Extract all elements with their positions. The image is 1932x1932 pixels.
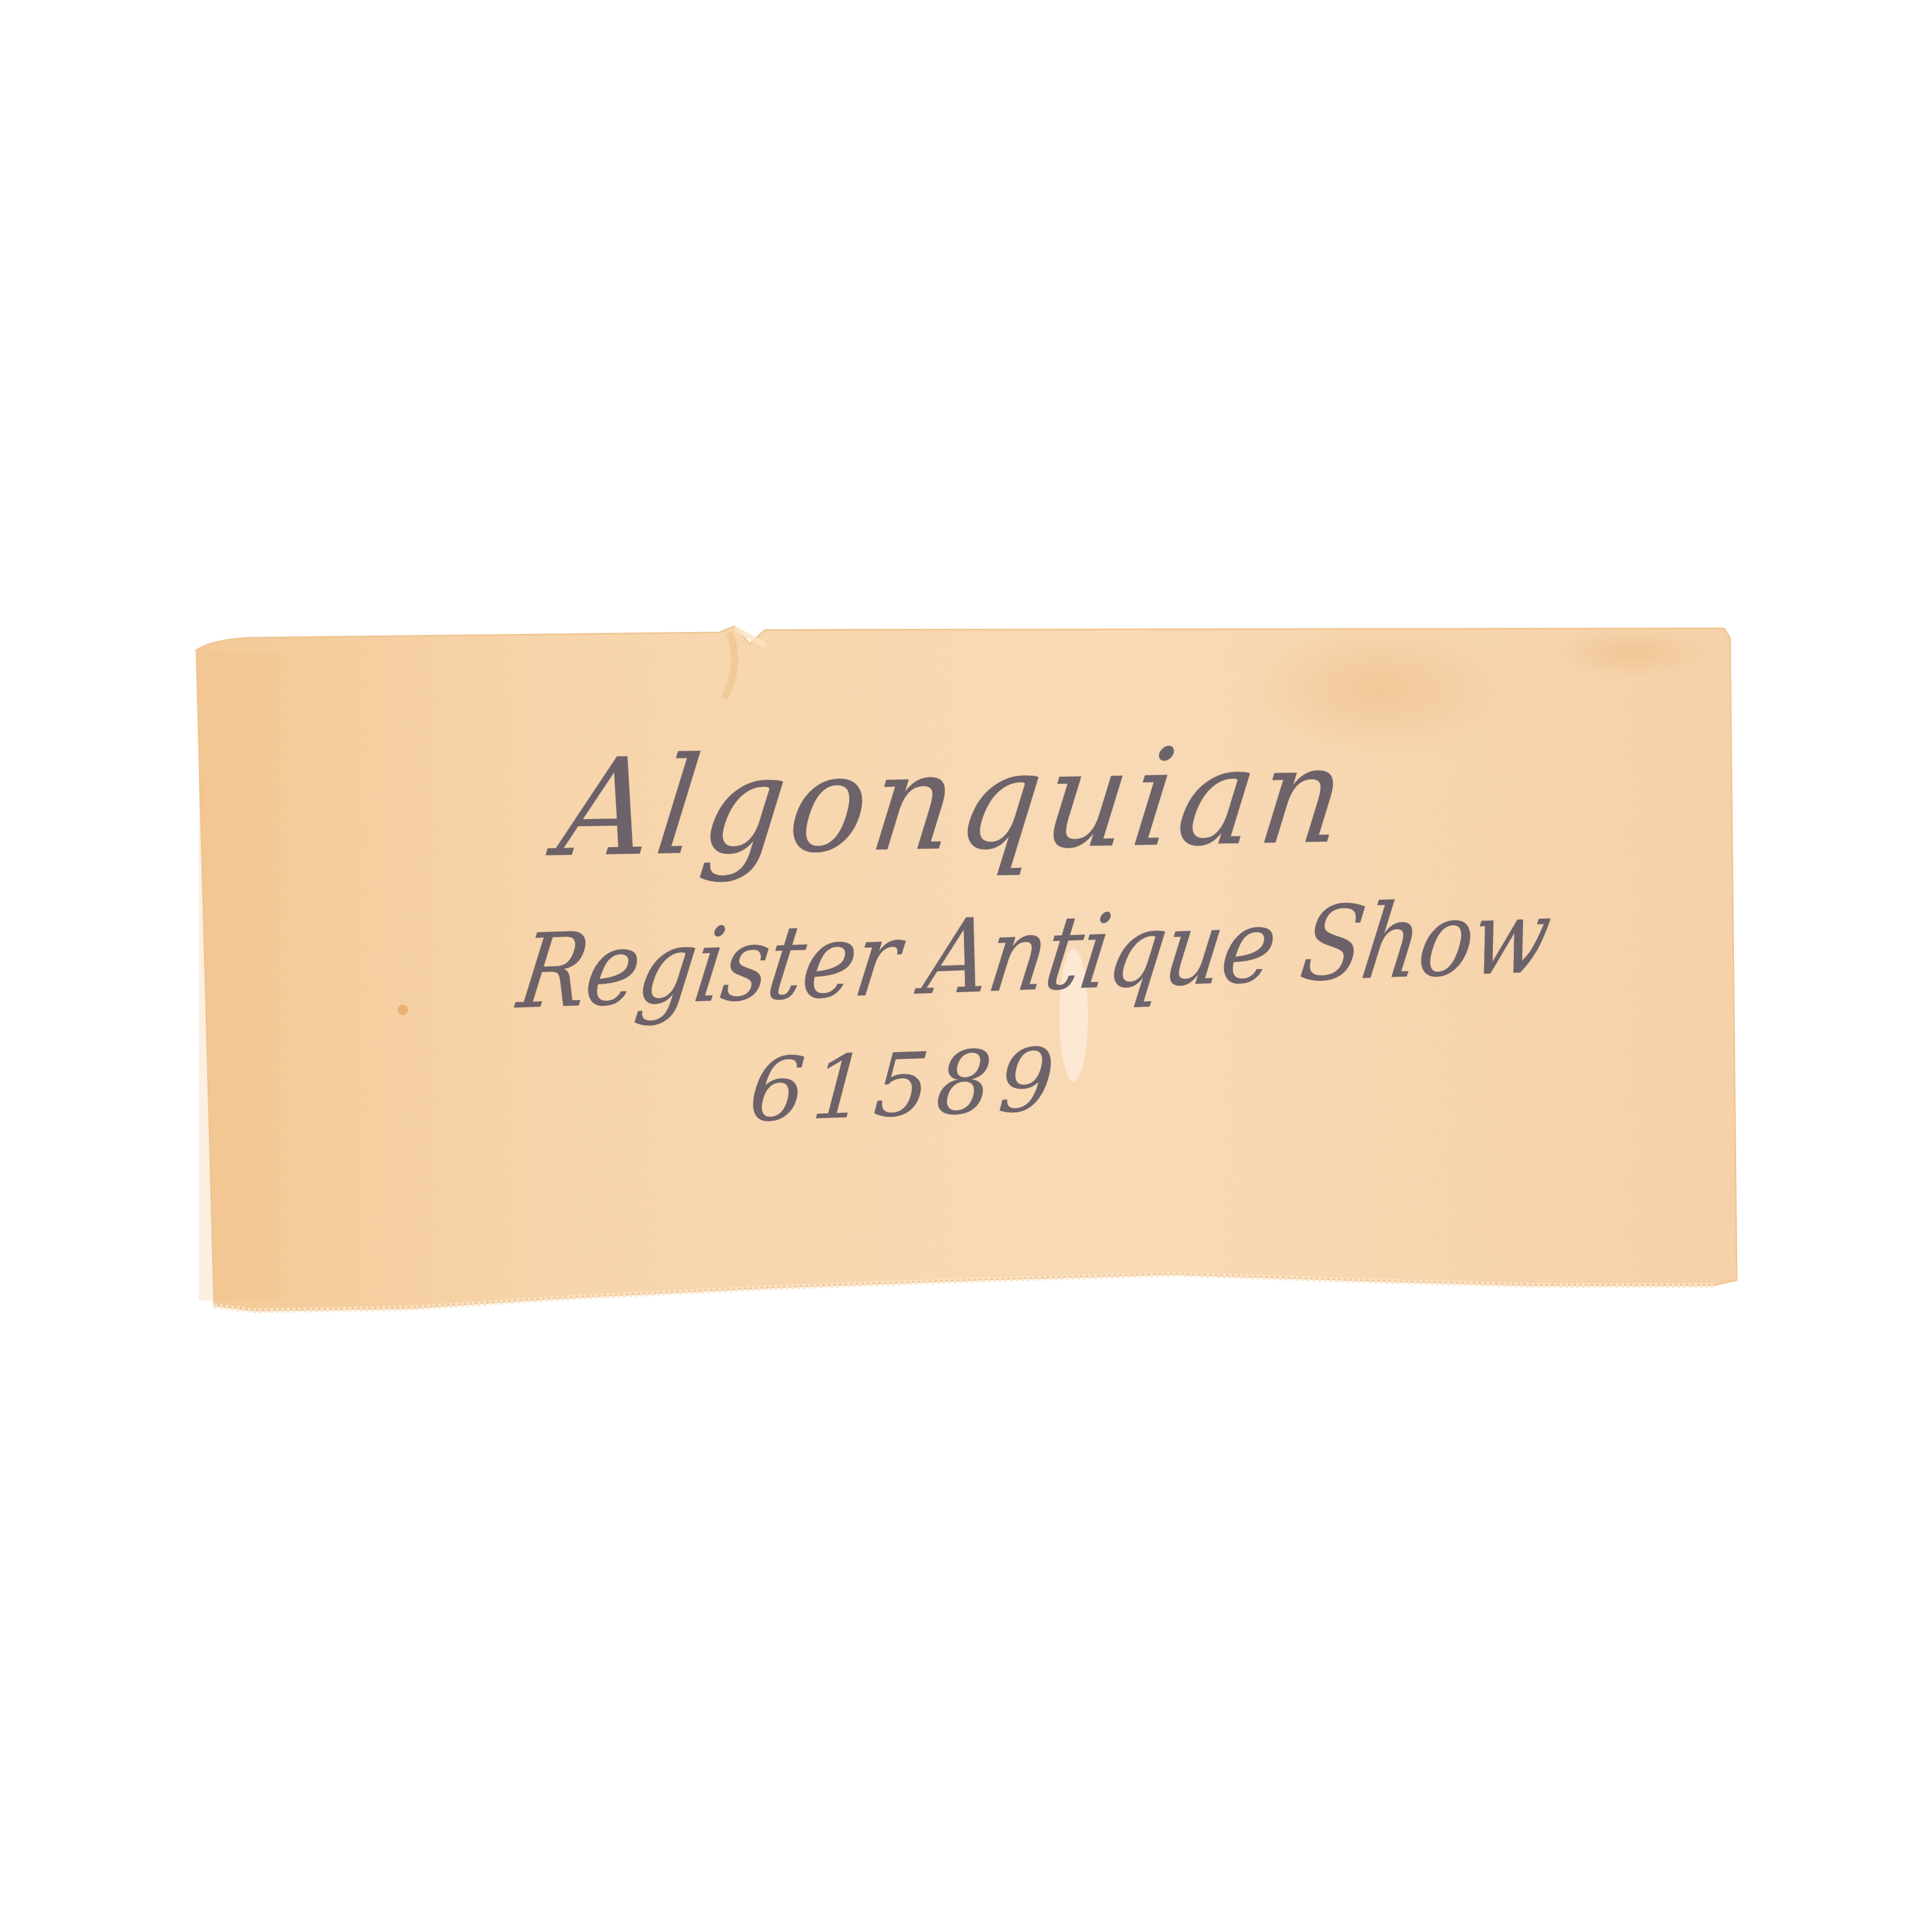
photo-stage: Algonquian Register Antique Show 61589 (0, 0, 1932, 1932)
handwritten-number: 61589 (746, 1029, 1064, 1141)
handwritten-title: Algonquian (551, 717, 1357, 886)
